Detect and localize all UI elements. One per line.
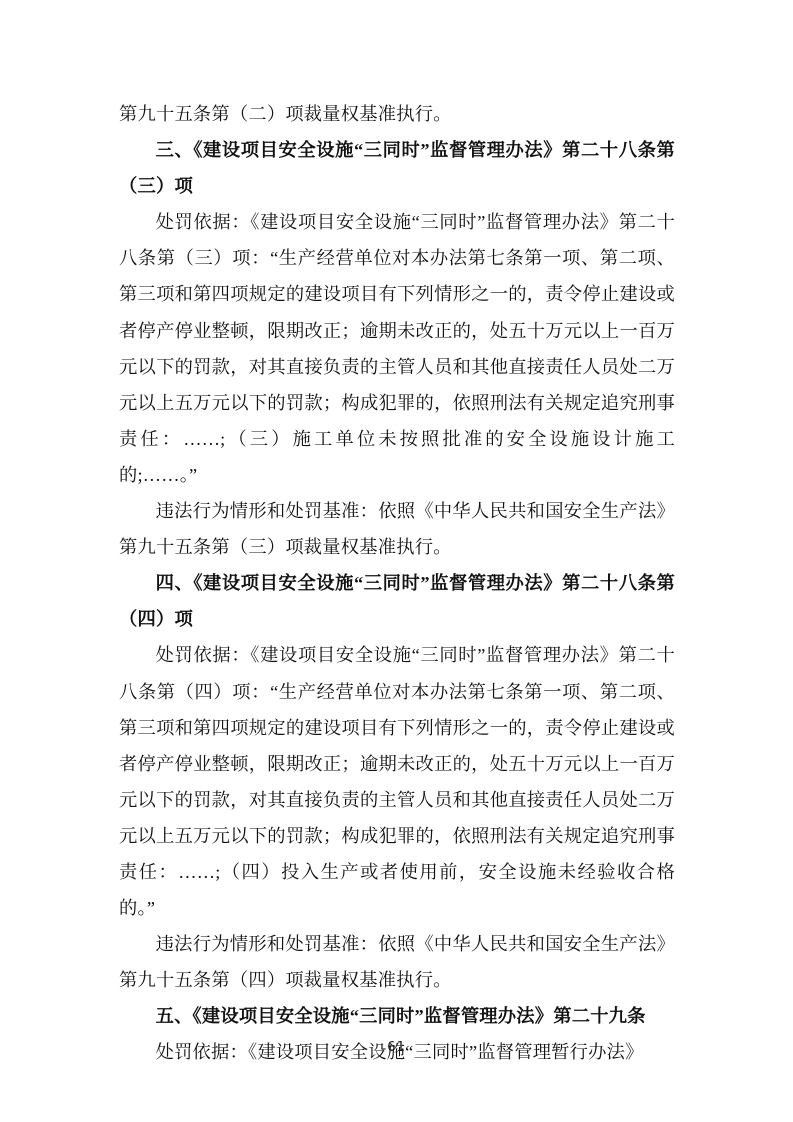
section-heading-item-3: 三、《建设项目安全设施“三同时”监督管理办法》第二十八条第（三）项: [119, 132, 675, 204]
paragraph-penalty-basis-4: 处罚依据：《建设项目安全设施“三同时”监督管理办法》第二十八条第（四）项：“生产…: [119, 637, 675, 926]
page-number: 61: [387, 1039, 405, 1055]
document-body: 第九十五条第（二）项裁量权基准执行。 三、《建设项目安全设施“三同时”监督管理办…: [119, 96, 675, 1071]
section-heading-item-5: 五、《建设项目安全设施“三同时”监督管理办法》第二十九条: [119, 998, 675, 1034]
paragraph-violation-standard-4: 违法行为情形和处罚基准：依照《中华人民共和国安全生产法》第九十五条第（四）项裁量…: [119, 926, 675, 998]
paragraph-penalty-basis-3: 处罚依据：《建设项目安全设施“三同时”监督管理办法》第二十八条第（三）项：“生产…: [119, 204, 675, 493]
section-heading-item-4: 四、《建设项目安全设施“三同时”监督管理办法》第二十八条第（四）项: [119, 565, 675, 637]
document-page: 第九十五条第（二）项裁量权基准执行。 三、《建设项目安全设施“三同时”监督管理办…: [0, 0, 793, 1122]
paragraph-continuation: 第九十五条第（二）项裁量权基准执行。: [119, 96, 675, 132]
paragraph-violation-standard-3: 违法行为情形和处罚基准：依照《中华人民共和国安全生产法》第九十五条第（三）项裁量…: [119, 493, 675, 565]
page-footer: 61: [0, 1038, 793, 1056]
